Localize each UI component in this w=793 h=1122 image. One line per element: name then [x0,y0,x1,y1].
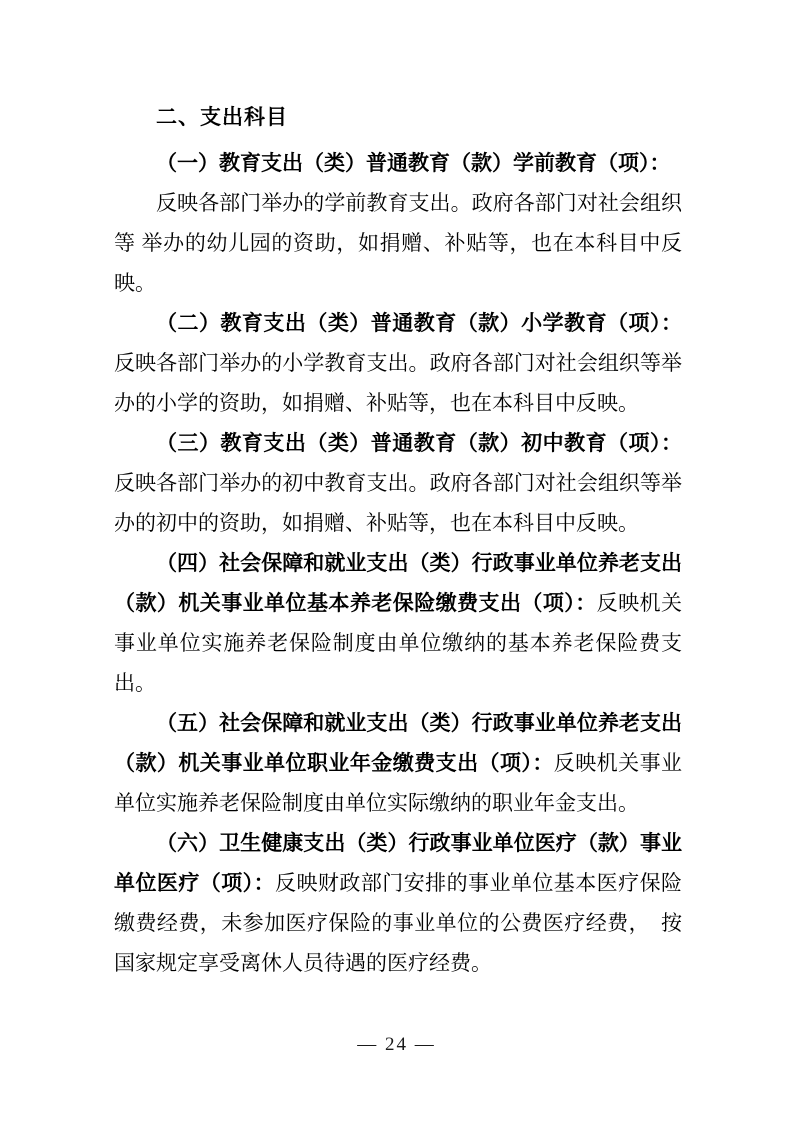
item-1-heading: （一）教育支出（类）普通教育（款）学前教育（项）： [114,143,682,183]
item-2-body: 反映各部门举办的小学教育支出。政府各部门对社会组织等举办的小学的资助，如捐赠、补… [114,351,682,415]
page-footer: — 24 — [0,1030,793,1060]
document-page: 二、支出科目 （一）教育支出（类）普通教育（款）学前教育（项）： 反映各部门举办… [0,0,793,1122]
item-6-paragraph: （六）卫生健康支出（类）行政事业单位医疗（款）事业单位医疗（项）：反映财政部门安… [114,823,682,983]
item-3-paragraph: （三）教育支出（类）普通教育（款）初中教育（项）：反映各部门举办的初中教育支出。… [114,423,682,543]
item-5-paragraph: （五）社会保障和就业支出（类）行政事业单位养老支出（款）机关事业单位职业年金缴费… [114,703,682,823]
page-number: — 24 — [357,1034,436,1055]
item-2-paragraph: （二）教育支出（类）普通教育（款）小学教育（项）：反映各部门举办的小学教育支出。… [114,303,682,423]
item-4-paragraph: （四）社会保障和就业支出（类）行政事业单位养老支出（款）机关事业单位基本养老保险… [114,543,682,703]
item-1-body: 反映各部门举办的学前教育支出。政府各部门对社会组织等 举办的幼儿园的资助，如捐赠… [114,183,682,303]
document-content: 二、支出科目 （一）教育支出（类）普通教育（款）学前教育（项）： 反映各部门举办… [114,98,682,983]
item-3-body: 反映各部门举办的初中教育支出。政府各部门对社会组织等举办的初中的资助，如捐赠、补… [114,471,682,535]
item-3-heading: （三）教育支出（类）普通教育（款）初中教育（项）： [156,431,682,455]
item-2-heading: （二）教育支出（类）普通教育（款）小学教育（项）： [156,311,682,335]
section-title: 二、支出科目 [114,98,682,138]
